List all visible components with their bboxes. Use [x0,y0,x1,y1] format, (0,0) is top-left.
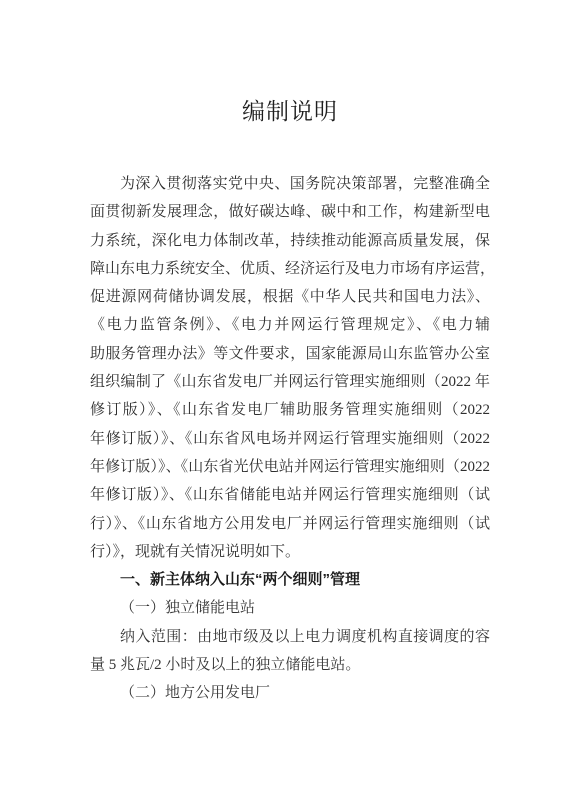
text-line: 年修订版）》、《山东省风电场并网运行管理实施细则（2022 [90,425,490,453]
text-line: （二）地方公用发电厂 [90,679,490,707]
text-line: 助服务管理办法》等文件要求，国家能源局山东监管办公室 [90,340,490,368]
text-line: 量 5 兆瓦/2 小时及以上的独立储能电站。 [90,651,490,679]
text-line: 年修订版）》、《山东省储能电站并网运行管理实施细则（试 [90,481,490,509]
text-line: 年修订版）》、《山东省光伏电站并网运行管理实施细则（2022 [90,453,490,481]
text-line: 一、新主体纳入山东“两个细则”管理 [90,566,490,594]
text-line: 纳入范围：由地市级及以上电力调度机构直接调度的容 [90,623,490,651]
text-line: （一）独立储能电站 [90,594,490,622]
text-line: 修订版）》、《山东省发电厂辅助服务管理实施细则（2022 [90,396,490,424]
document-title: 编制说明 [90,97,490,125]
text-line: 行）》，现就有关情况说明如下。 [90,538,490,566]
document-body: 为深入贯彻落实党中央、国务院决策部署，完整准确全面贯彻新发展理念，做好碳达峰、碳… [90,170,490,708]
document-page: 编制说明 为深入贯彻落实党中央、国务院决策部署，完整准确全面贯彻新发展理念，做好… [0,0,565,800]
text-line: 为深入贯彻落实党中央、国务院决策部署，完整准确全 [90,170,490,198]
text-line: 力系统，深化电力体制改革，持续推动能源高质量发展，保 [90,227,490,255]
text-line: 《电力监管条例》、《电力并网运行管理规定》、《电力辅 [90,311,490,339]
document-content: 编制说明 为深入贯彻落实党中央、国务院决策部署，完整准确全面贯彻新发展理念，做好… [90,0,490,708]
text-line: 行）》、《山东省地方公用发电厂并网运行管理实施细则（试 [90,510,490,538]
text-line: 障山东电力系统安全、优质、经济运行及电力市场有序运营， [90,255,490,283]
text-line: 促进源网荷储协调发展，根据《中华人民共和国电力法》、 [90,283,490,311]
text-line: 组织编制了《山东省发电厂并网运行管理实施细则（2022 年 [90,368,490,396]
text-line: 面贯彻新发展理念，做好碳达峰、碳中和工作，构建新型电 [90,198,490,226]
